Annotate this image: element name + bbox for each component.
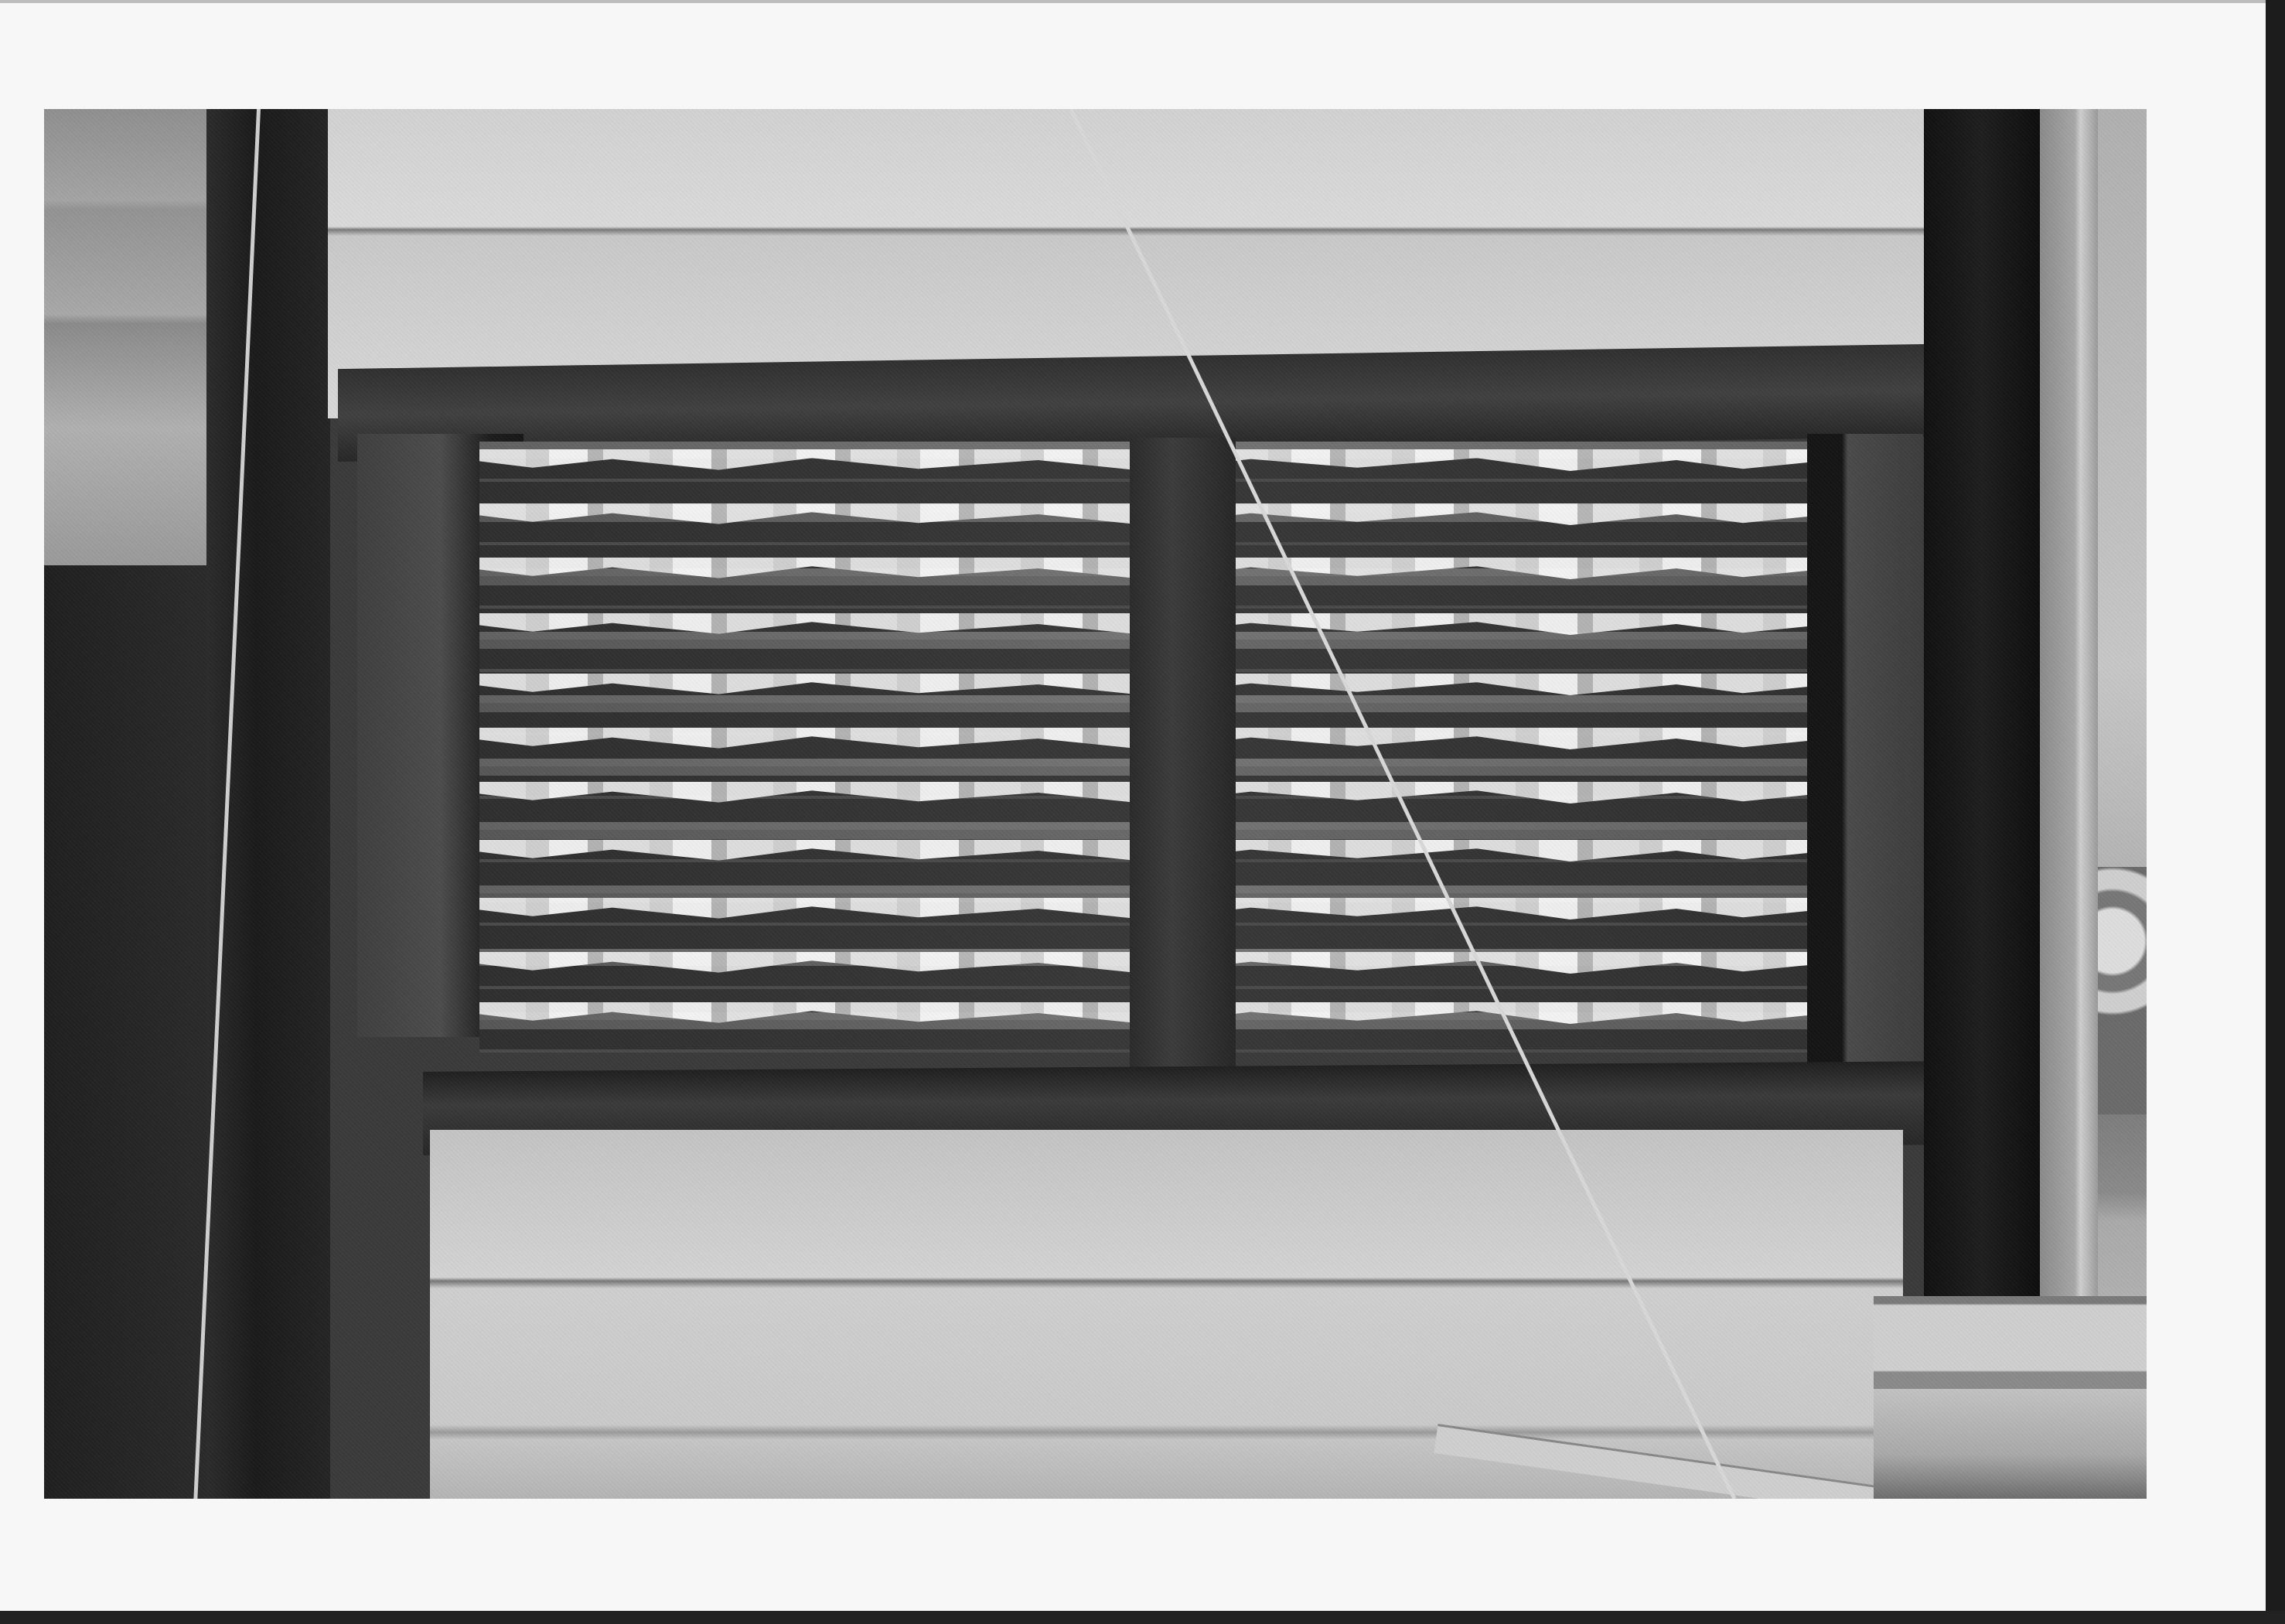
right-window-frame (1807, 434, 1923, 1076)
center-mullion (1130, 438, 1236, 1072)
lace-curtain (2098, 867, 2147, 1114)
right-trim-board (2040, 109, 2098, 1346)
scan-right-edge (2266, 0, 2285, 1624)
scan-bottom-edge (0, 1611, 2285, 1624)
photograph (44, 109, 2147, 1499)
lower-siding (430, 1130, 1903, 1499)
right-corner-post (1924, 109, 2040, 1331)
step-block (1874, 1296, 2147, 1389)
neighbor-wall (2098, 109, 2147, 1499)
scan-top-edge (0, 0, 2285, 3)
base-strip (1874, 1389, 2147, 1499)
